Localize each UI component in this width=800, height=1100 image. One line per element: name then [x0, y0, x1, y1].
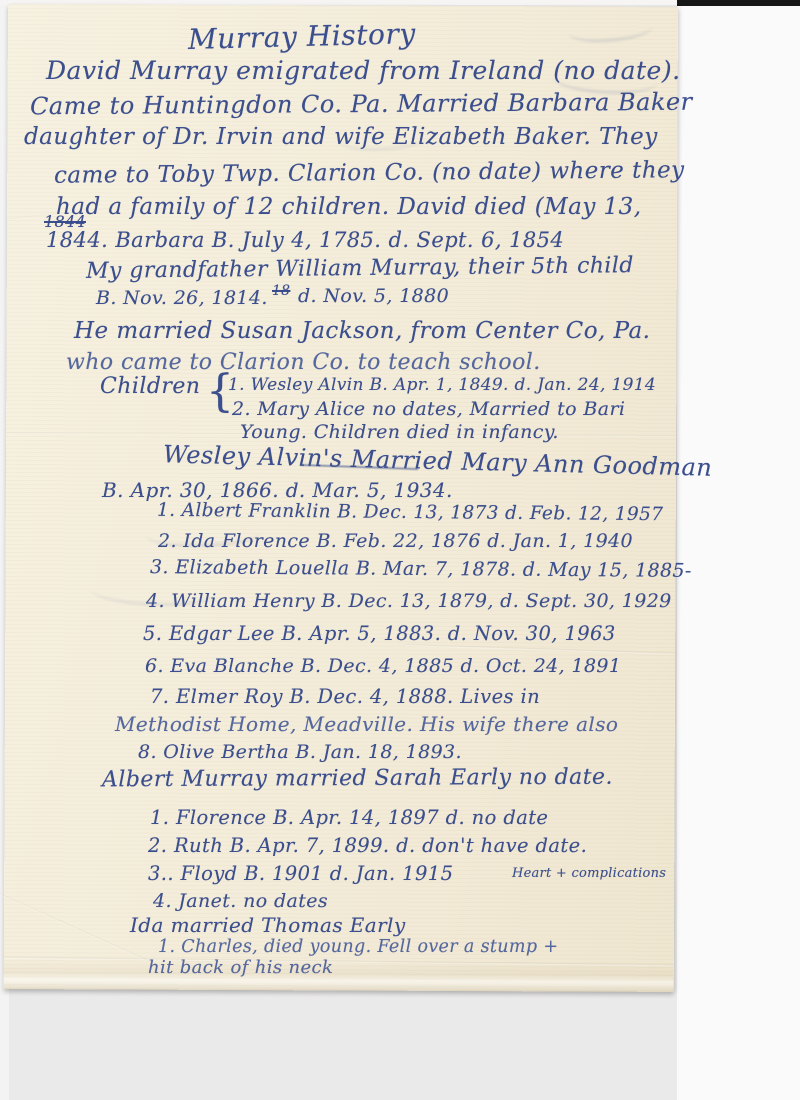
hw-line-charles: 1. Charles, died young. Fell over a stum… — [158, 937, 558, 957]
hw-line-methodist-home: Methodist Home, Meadville. His wife ther… — [115, 712, 618, 736]
hw-line-ida-married-thomas: Ida married Thomas Early — [130, 913, 406, 937]
hw-line-wesley-alvin: 1. Wesley Alvin B. Apr. 1, 1849. d. Jan.… — [228, 375, 656, 395]
hw-line-elmer-roy: 7. Elmer Roy B. Dec. 4, 1888. Lives in — [150, 685, 540, 708]
hw-line-william-henry: 4. William Henry B. Dec. 13, 1879, d. Se… — [146, 590, 672, 612]
scanner-edge-shadow — [677, 0, 800, 6]
hw-line-albert-married-sarah: Albert Murray married Sarah Early no dat… — [102, 765, 613, 793]
hw-line-ida-florence: 2. Ida Florence B. Feb. 22, 1876 d. Jan.… — [158, 530, 633, 552]
ink-blot-struck: 18 — [272, 283, 290, 299]
hw-line-olive-bertha: 8. Olive Bertha B. Jan. 18, 1893. — [138, 741, 462, 763]
hw-line-william-died: d. Nov. 5, 1880 — [298, 285, 449, 307]
hw-line-ruth: 2. Ruth B. Apr. 7, 1899. d. don't have d… — [148, 834, 587, 857]
hw-note-heart-complications: Heart + complications — [512, 866, 666, 881]
ink-bleed-mark — [567, 13, 654, 45]
hw-line-albert-franklin: 1. Albert Franklin B. Dec. 13, 1873 d. F… — [157, 500, 664, 525]
hw-line-married-susan: He married Susan Jackson, from Center Co… — [74, 318, 650, 344]
hw-line-huntingdon: Came to Huntingdon Co. Pa. Married Barba… — [30, 88, 693, 121]
paper-crease — [0, 889, 147, 961]
hw-line-janet: 4. Janet. no dates — [153, 890, 328, 912]
hw-line-barbara-dates: 1844. Barbara B. July 4, 1785. d. Sept. … — [46, 228, 564, 252]
paper-crease — [4, 957, 674, 967]
scanned-page: { "colors": { "ink": "#34498c", "paper":… — [0, 0, 800, 1100]
page-title: Murray History — [188, 17, 417, 56]
hw-line-family-of-12: had a family of 12 children. David died … — [56, 194, 642, 220]
hw-line-florence: 1. Florence B. Apr. 14, 1897 d. no date — [150, 806, 548, 829]
hw-line-eva-blanche: 6. Eva Blanche B. Dec. 4, 1885 d. Oct. 2… — [145, 655, 621, 677]
hw-line-mary-alice: 2. Mary Alice no dates, Married to Bari — [232, 398, 625, 420]
hw-line-hit-neck: hit back of his neck — [148, 957, 333, 978]
hw-line-young-infancy: Young. Children died in infancy. — [240, 421, 559, 443]
hw-line-emigrated: David Murray emigrated from Ireland (no … — [46, 56, 681, 85]
hw-label-children: Children — [100, 374, 200, 399]
hw-line-elizabeth-louella: 3. Elizabeth Louella B. Mar. 7, 1878. d.… — [150, 556, 692, 582]
hw-line-wesley-dates: B. Apr. 30, 1866. d. Mar. 5, 1934. — [102, 478, 453, 502]
hw-line-daughter: daughter of Dr. Irvin and wife Elizabeth… — [24, 124, 658, 150]
hw-line-floyd: 3.. Floyd B. 1901 d. Jan. 1915 — [148, 862, 453, 885]
hw-line-toby-twp: came to Toby Twp. Clarion Co. (no date) … — [54, 157, 685, 189]
scanner-background-right — [677, 0, 800, 1100]
hw-line-william-born: B. Nov. 26, 1814. — [96, 287, 268, 309]
paper-crease — [405, 644, 675, 655]
hw-line-teach-school: who came to Clarion Co. to teach school. — [66, 350, 541, 375]
hw-line-edgar-lee: 5. Edgar Lee B. Apr. 5, 1883. d. Nov. 30… — [143, 622, 616, 645]
